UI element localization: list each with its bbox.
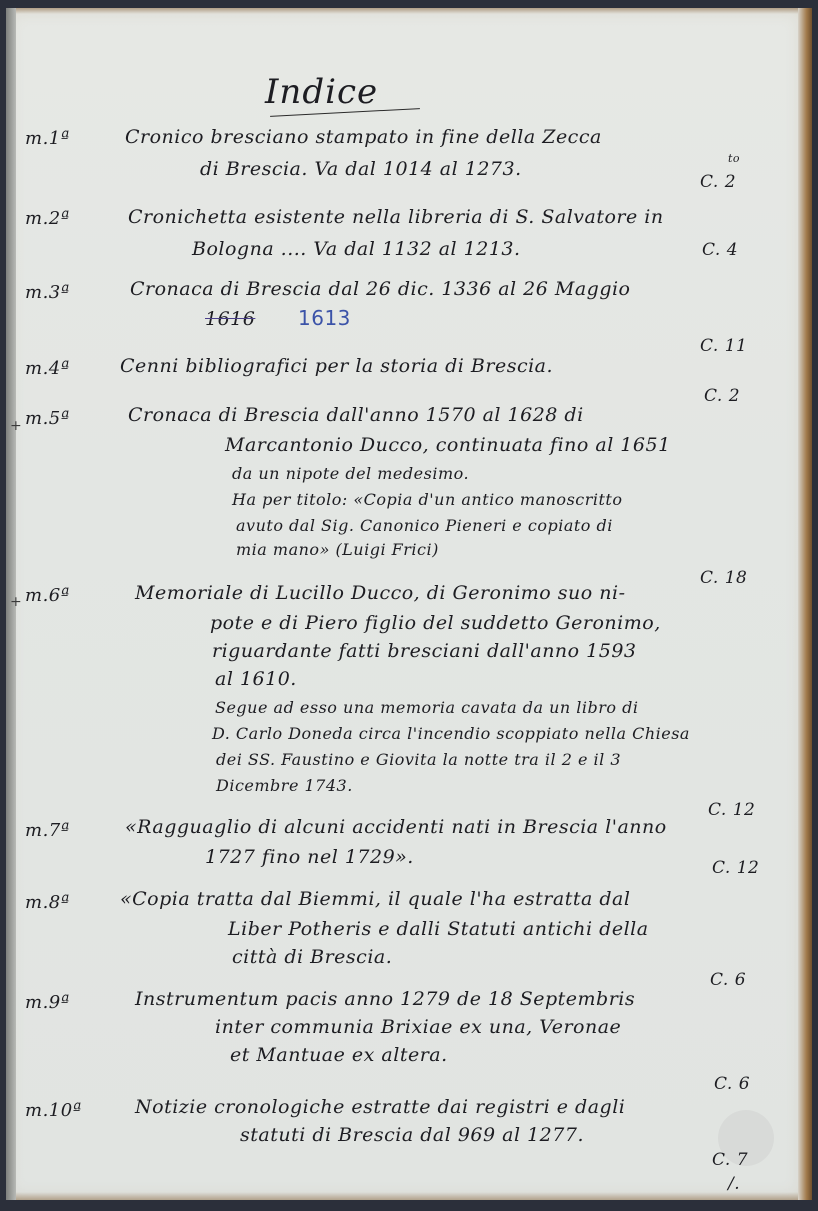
page-edge-top bbox=[6, 8, 804, 14]
entry-text: pote e di Piero figlio del suddetto Gero… bbox=[210, 612, 661, 634]
entry-text: riguardante fatti bresciani dall'anno 15… bbox=[212, 640, 637, 662]
page-ref: C. 18 bbox=[700, 568, 747, 588]
entry-text: Segue ad esso una memoria cavata da un l… bbox=[215, 698, 638, 717]
margin-cross-mark: + bbox=[10, 418, 22, 434]
entry-text: Liber Potheris e dalli Statuti antichi d… bbox=[228, 918, 649, 940]
entry-text: Notizie cronologiche estratte dai regist… bbox=[135, 1096, 625, 1118]
page-title: Indice bbox=[265, 72, 378, 112]
entry-number: m.9ª bbox=[25, 992, 70, 1013]
page-edge-bottom bbox=[6, 1192, 804, 1200]
struck-year: 1616 bbox=[205, 308, 255, 330]
page-ref: C. 4 bbox=[702, 240, 738, 260]
entry-number: m.6ª bbox=[25, 585, 70, 606]
entry-text: Memoriale di Lucillo Ducco, di Geronimo … bbox=[135, 582, 625, 604]
entry-number: m.8ª bbox=[25, 892, 70, 913]
end-mark: /. bbox=[728, 1174, 740, 1194]
page-ref: C. 2 bbox=[704, 386, 740, 406]
entry-text: inter communia Brixiae ex una, Veronae bbox=[215, 1016, 621, 1038]
entry-text: D. Carlo Doneda circa l'incendio scoppia… bbox=[212, 724, 690, 743]
entry-text: Cronichetta esistente nella libreria di … bbox=[128, 206, 664, 228]
entry-text: Marcantonio Ducco, continuata fino al 16… bbox=[225, 434, 671, 456]
entry-number: m.1ª bbox=[25, 128, 70, 149]
entry-text: mia mano» (Luigi Frici) bbox=[236, 540, 439, 559]
entry-text: Ha per titolo: «Copia d'un antico manosc… bbox=[232, 490, 623, 509]
entry-number: m.3ª bbox=[25, 282, 70, 303]
entry-text: «Ragguaglio di alcuni accidenti nati in … bbox=[125, 816, 667, 838]
entry-text: Dicembre 1743. bbox=[216, 776, 353, 795]
entry-text: Cronico bresciano stampato in fine della… bbox=[125, 126, 602, 148]
page-ref: C. 12 bbox=[712, 858, 759, 878]
page-ref: C. 12 bbox=[708, 800, 755, 820]
entry-text: Cronaca di Brescia dal 26 dic. 1336 al 2… bbox=[130, 278, 631, 300]
page-ref-super: to bbox=[728, 152, 740, 165]
page-ref: C. 11 bbox=[700, 336, 747, 356]
entry-number: m.4ª bbox=[25, 358, 70, 379]
entry-text: Cenni bibliografici per la storia di Bre… bbox=[120, 355, 553, 377]
entry-number: m.2ª bbox=[25, 208, 70, 229]
page-ref: C. 6 bbox=[714, 1074, 750, 1094]
entry-text: da un nipote del medesimo. bbox=[232, 464, 469, 483]
page-right-edge bbox=[798, 8, 812, 1200]
entry-text: Instrumentum pacis anno 1279 de 18 Septe… bbox=[135, 988, 635, 1010]
blue-correction: 1613 bbox=[298, 306, 351, 330]
entry-text: 1727 fino nel 1729». bbox=[205, 846, 414, 868]
entry-number: m.7ª bbox=[25, 820, 70, 841]
entry-text: statuti di Brescia dal 969 al 1277. bbox=[240, 1124, 584, 1146]
entry-text: Cronaca di Brescia dall'anno 1570 al 162… bbox=[128, 404, 584, 426]
entry-text: città di Brescia. bbox=[232, 946, 392, 968]
entry-text: al 1610. bbox=[215, 668, 297, 690]
entry-text: avuto dal Sig. Canonico Pieneri e copiat… bbox=[236, 516, 613, 535]
entry-number: m.5ª bbox=[25, 408, 70, 429]
entry-text: «Copia tratta dal Biemmi, il quale l'ha … bbox=[120, 888, 630, 910]
entry-text: dei SS. Faustino e Giovita la notte tra … bbox=[216, 750, 621, 769]
entry-number: m.10ª bbox=[25, 1100, 82, 1121]
entry-text: et Mantuae ex altera. bbox=[230, 1044, 448, 1066]
entry-text: di Brescia. Va dal 1014 al 1273. bbox=[200, 158, 522, 180]
margin-cross-mark: + bbox=[10, 594, 22, 610]
page-ref: C. 2 bbox=[700, 172, 736, 192]
page-ref: C. 6 bbox=[710, 970, 746, 990]
entry-text: Bologna .... Va dal 1132 al 1213. bbox=[192, 238, 521, 260]
page-ref: C. 7 bbox=[712, 1150, 748, 1170]
